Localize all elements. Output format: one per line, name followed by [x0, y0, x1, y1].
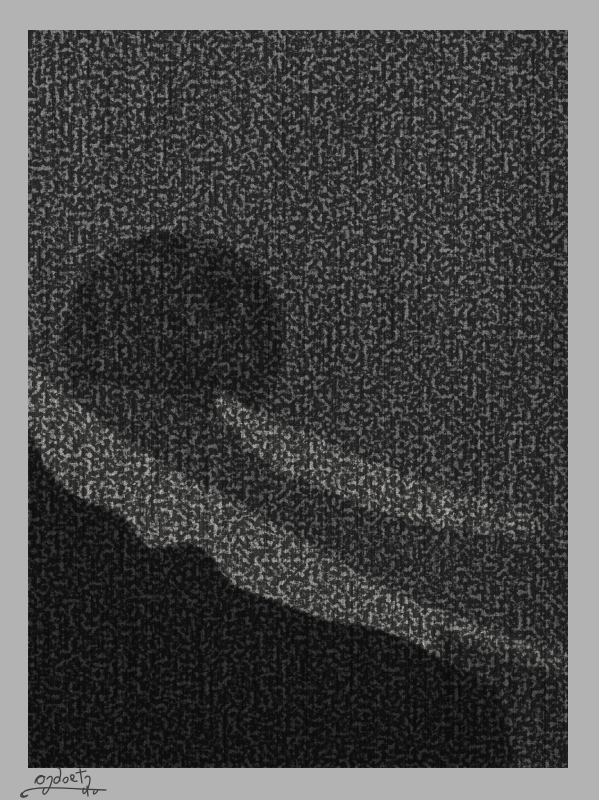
- signature-word: [35, 768, 90, 794]
- poster-frame: [0, 0, 599, 800]
- artist-signature: [14, 752, 124, 800]
- signature-flourish: [21, 786, 106, 797]
- grain-overlay: [28, 30, 568, 768]
- art-canvas: [28, 30, 568, 768]
